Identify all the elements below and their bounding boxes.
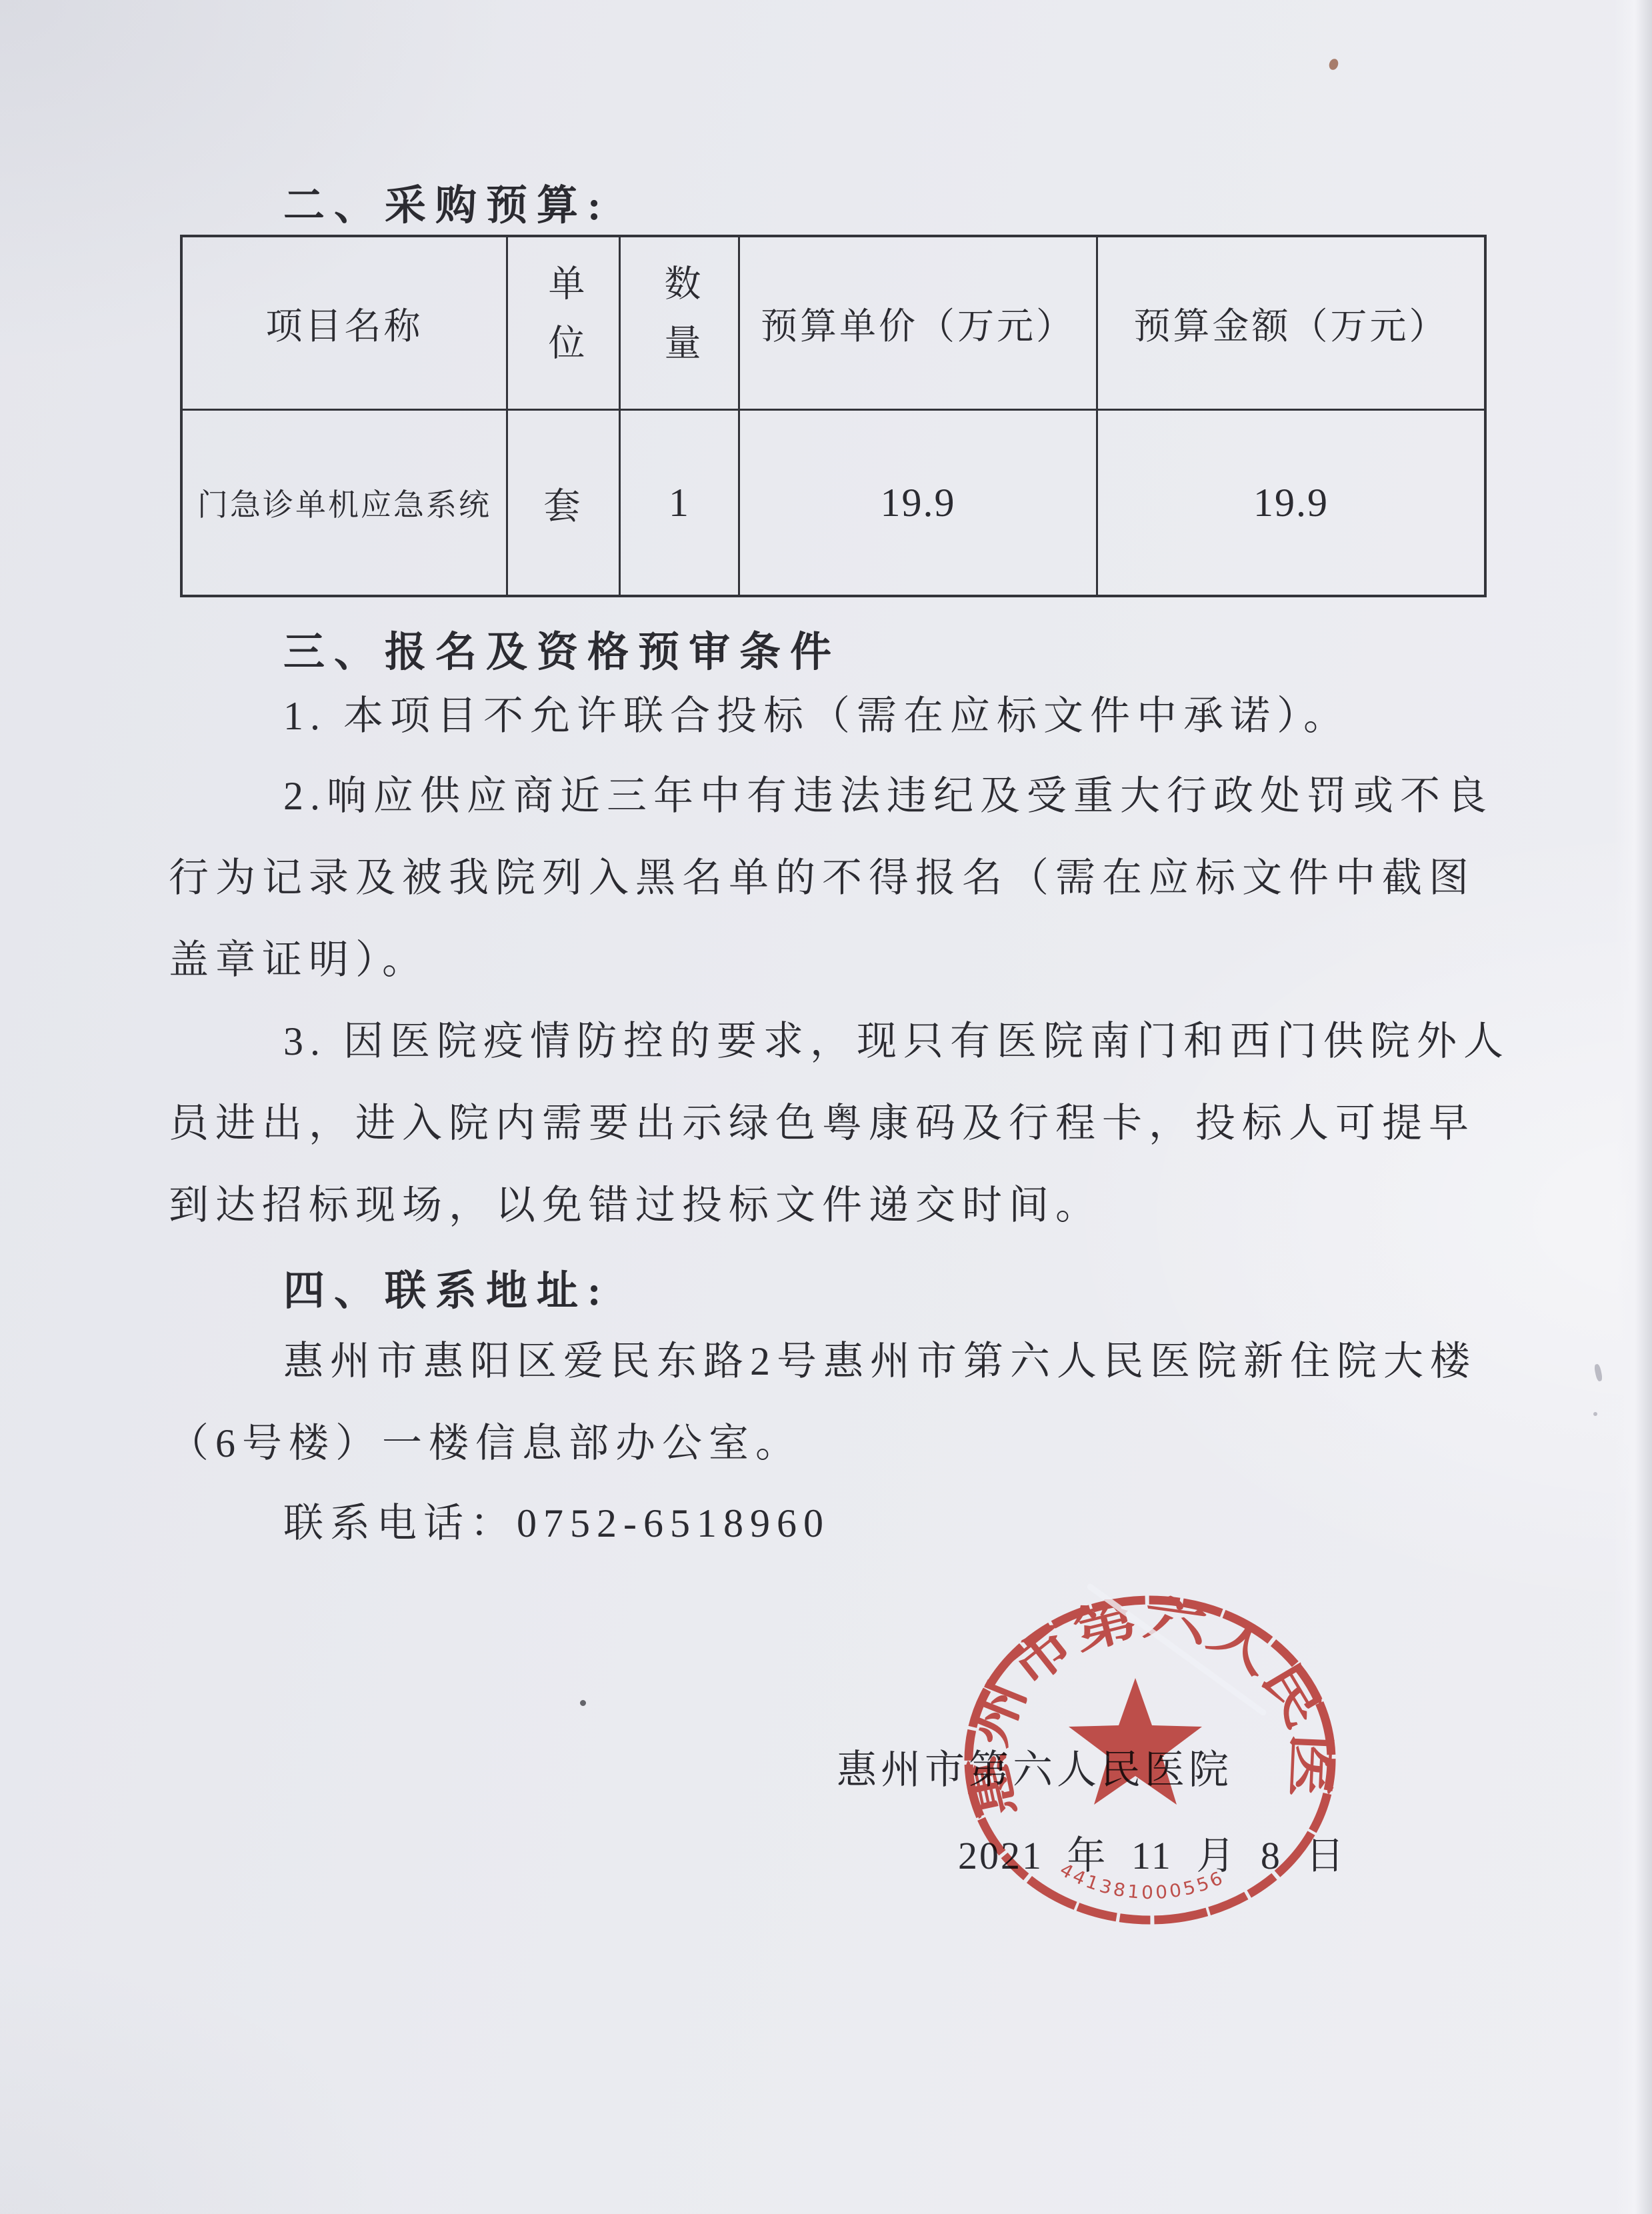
condition-1-line-1: 1. 本项目不允许联合投标（需在应标文件中承诺）。 — [283, 693, 1350, 739]
table-header-unit-price-label: 预算单价（万元） — [761, 297, 1075, 349]
table-header-unit-price: 预算单价（万元） — [740, 237, 1098, 411]
section-budget-heading: 二、采购预算: — [283, 172, 611, 231]
scan-edge-shadow — [1615, 0, 1652, 2214]
paper-speck — [580, 1700, 586, 1706]
table-header-item-name-label: 项目名称 — [265, 297, 423, 349]
condition-3-line-2: 员进出，进入院内需要出示绿色粤康码及行程卡，投标人可提早 — [169, 1101, 1475, 1147]
official-seal-stamp: 惠州市第六人民医院 441381000556 — [953, 1590, 1347, 1930]
paper-speck — [1593, 1363, 1603, 1381]
seal-serial-number: 441381000556 — [1056, 1859, 1228, 1903]
condition-2-line-3: 盖章证明）。 — [169, 937, 429, 983]
condition-2-line-2: 行为记录及被我院列入黑名单的不得报名（需在应标文件中截图 — [169, 855, 1475, 901]
table-header-total: 预算金额（万元） — [1098, 237, 1484, 411]
table-header-item-name: 项目名称 — [183, 237, 508, 411]
table-header-quantity: 数量 — [621, 237, 740, 411]
phone-line: 联系电话：0752-6518960 — [283, 1501, 830, 1547]
budget-table: 项目名称 单位 数量 预算单价（万元） 预算金额（万元） 门急诊单机应急系统 套… — [180, 235, 1487, 597]
unit-value: 套 — [543, 477, 583, 529]
section-contact-heading: 四、联系地址: — [283, 1257, 611, 1317]
table-cell-item-name: 门急诊单机应急系统 — [183, 411, 508, 595]
table-header-total-label: 预算金额（万元） — [1133, 297, 1448, 349]
table-header-unit-label: 单位 — [545, 264, 582, 383]
condition-3-line-1: 3. 因医院疫情防控的要求，现只有医院南门和西门供院外人 — [283, 1019, 1510, 1065]
table-cell-total: 19.9 — [1098, 411, 1484, 595]
table-header-quantity-label: 数量 — [661, 264, 698, 383]
seal-arc-text: 惠州市第六人民医院 — [953, 1590, 1338, 1823]
table-header-unit: 单位 — [508, 237, 621, 411]
table-cell-unit-price: 19.9 — [740, 411, 1098, 595]
quantity-value: 1 — [669, 480, 690, 526]
total-value: 19.9 — [1253, 480, 1329, 526]
condition-3-line-3: 到达招标现场，以免错过投标文件递交时间。 — [169, 1183, 1102, 1229]
address-line-2: （6号楼）一楼信息部办公室。 — [169, 1421, 802, 1467]
item-name-value: 门急诊单机应急系统 — [197, 481, 491, 525]
paper-speck — [1593, 1412, 1597, 1416]
scanned-document-page: 二、采购预算: 项目名称 单位 数量 预算单价（万元） 预算金额（万元） 门急诊… — [0, 0, 1652, 2214]
condition-2-line-1: 2.响应供应商近三年中有违法违纪及受重大行政处罚或不良 — [283, 773, 1493, 819]
address-line-1: 惠州市惠阳区爱民东路2号惠州市第六人民医院新住院大楼 — [283, 1339, 1477, 1385]
seal-star-icon — [1069, 1678, 1202, 1805]
table-cell-unit: 套 — [508, 411, 621, 595]
paper-speck — [1327, 57, 1339, 71]
table-cell-quantity: 1 — [621, 411, 740, 595]
section-conditions-heading: 三、报名及资格预审条件 — [283, 619, 841, 678]
unit-price-value: 19.9 — [881, 480, 956, 526]
